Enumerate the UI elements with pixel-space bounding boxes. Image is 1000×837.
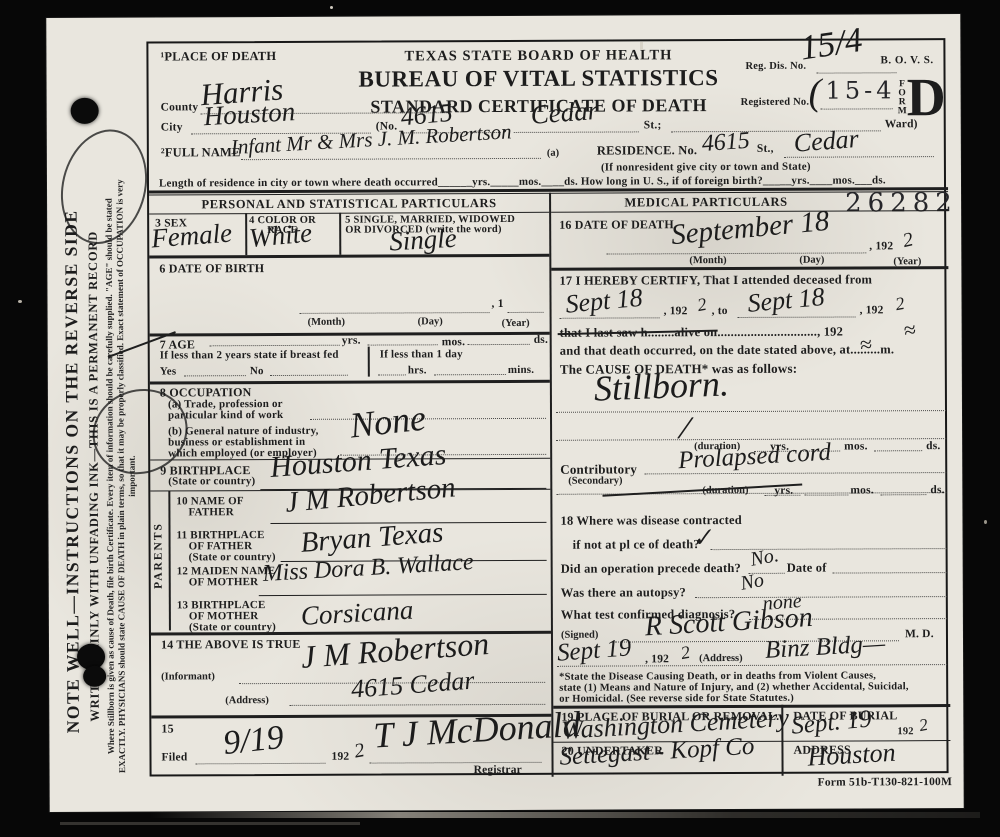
scan-streak-bottom-2 <box>60 822 360 825</box>
dod-year-value: 2 <box>901 228 916 253</box>
md-label: M. D. <box>905 628 934 640</box>
punch-hole-bottom-2 <box>83 666 106 687</box>
informant-address-value: 4615 Cedar <box>350 666 475 705</box>
age-breastfed-label: If less than 2 years state if breast fed <box>160 349 339 362</box>
age-hrs-line <box>378 374 406 375</box>
margin-note-stillborn: Where Stillborn is given as cause of Dea… <box>103 176 139 776</box>
occupation-value: None <box>348 397 428 447</box>
burial-date-value: Sept. 19 <box>790 705 873 740</box>
color-marital-divider <box>339 213 341 255</box>
autopsy-line <box>695 596 947 598</box>
parents-label: PARENTS <box>152 500 164 610</box>
scan-streak-bottom <box>150 812 980 818</box>
registrar-label: Registrar <box>474 764 522 776</box>
full-name-line <box>241 158 541 160</box>
occupation-a-line <box>310 418 546 420</box>
dod-day-label: (Day) <box>799 255 824 266</box>
to-year-printed: , 192 <box>860 304 884 316</box>
signed-address-label: (Address) <box>699 653 743 664</box>
punch-hole-top <box>71 98 99 124</box>
dod-label: 16 DATE OF DEATH <box>559 217 674 233</box>
contracted-check: ✓ <box>690 522 714 554</box>
age-yes-line <box>184 375 246 376</box>
contracted-sub-label: if not at pl ce of death? <box>573 537 700 553</box>
scan-speck-1 <box>330 6 333 9</box>
dob-year-label: (Year) <box>502 318 530 329</box>
personal-section-title: PERSONAL AND STATISTICAL PARTICULARS <box>149 196 549 213</box>
above-true-label: 14 THE ABOVE IS TRUE <box>161 637 301 653</box>
birthplace-sub: (State or country) <box>168 475 255 487</box>
duration1-ds: ds. <box>926 440 940 452</box>
signed-year-value: 2 <box>679 642 692 664</box>
item15-label: 15 <box>161 721 173 736</box>
dob-year-line <box>508 312 544 313</box>
from-year-printed: , 192 <box>664 305 688 317</box>
duration2-mos: mos. <box>850 484 874 496</box>
duration1-ds-line <box>874 450 922 451</box>
dob-month-label: (Month) <box>308 317 345 328</box>
attended-to-value: Sept 18 <box>746 282 826 319</box>
death-occurred-line: and that death occurred, on the date sta… <box>560 342 894 358</box>
age-mos-label: mos. <box>442 336 466 348</box>
age-mins-label: mins. <box>508 364 534 376</box>
sex-color-divider <box>245 213 247 255</box>
registrar-signature: T J McDonald <box>372 703 581 757</box>
medical-column: MEDICAL PARTICULARS 26282 16 DATE OF DEA… <box>550 40 950 777</box>
signed-date-line <box>557 664 947 667</box>
age-mos-line <box>368 344 438 345</box>
dod-month-label: (Month) <box>689 255 726 266</box>
operation-value: No. <box>749 544 781 572</box>
undertaker-address-value: Houston <box>807 738 897 773</box>
file-number-stamp: 26282 <box>845 188 958 218</box>
dod-line <box>606 252 866 254</box>
duration2-yrs: yrs. <box>774 485 793 497</box>
contributory-line <box>644 472 946 474</box>
sex-row-bottom <box>149 254 549 258</box>
from-year-value: 2 <box>696 294 709 316</box>
filed-label: Filed <box>161 751 187 763</box>
informant-address-line <box>289 704 545 706</box>
age-mins-line <box>434 374 506 375</box>
age-yrs-line <box>210 345 340 347</box>
attended-to-line <box>738 316 856 318</box>
age-ds-label: ds. <box>534 334 548 346</box>
to-year-value: 2 <box>894 293 907 315</box>
contributory-sub-label: (Secondary) <box>568 475 622 486</box>
contracted-label: 18 Where was disease contracted <box>560 513 741 529</box>
cause-value: Stillborn. <box>593 362 730 409</box>
informant-label: (Informant) <box>161 671 215 682</box>
dob-line <box>300 312 490 314</box>
scan-speck-4 <box>984 520 987 524</box>
age-no-line <box>270 375 348 376</box>
full-name-label: ²FULL NAME <box>161 145 241 160</box>
operation-date-label: Date of <box>787 561 827 576</box>
age-no-label: No <box>250 365 264 377</box>
duration1-mos: mos. <box>844 440 868 452</box>
form-number: Form 51b-T130-821-100M <box>818 776 952 789</box>
dob-year-prefix: , 1 <box>491 298 503 310</box>
duration2-ds-line <box>880 494 926 495</box>
duration2-ds: ds. <box>930 484 944 496</box>
age-ds-line <box>468 344 530 345</box>
margin-note-reverse-side: NOTE WELL—INSTRUCTIONS ON THE REVERSE SI… <box>60 151 84 791</box>
age-bottom <box>150 380 550 384</box>
signed-year-printed: , 192 <box>645 653 669 665</box>
filed-year-printed: 192 <box>331 751 349 763</box>
dob-day-label: (Day) <box>418 316 443 327</box>
burial-year-value: 2 <box>918 715 930 736</box>
filed-line <box>196 763 326 765</box>
age-yrs-label: yrs. <box>342 335 361 347</box>
scan-speck-3 <box>18 300 22 303</box>
age-lessday-label: If less than 1 day <box>380 348 463 360</box>
marital-value: Single <box>388 223 457 258</box>
mother-name-value: Miss Dora B. Wallace <box>262 549 474 588</box>
autopsy-value: No <box>739 569 766 596</box>
cause-line-2 <box>556 438 946 441</box>
informant-address-label: (Address) <box>225 695 269 706</box>
father-name-label-2: FATHER <box>188 506 233 518</box>
city-value: Houston <box>203 96 296 132</box>
parents-divider <box>168 490 170 630</box>
to-label: , to <box>712 305 728 317</box>
signed-address-value: Binz Bldg— <box>764 630 886 665</box>
certificate-scan-paper: NOTE WELL—INSTRUCTIONS ON THE REVERSE SI… <box>46 14 963 812</box>
filed-year-value: 2 <box>352 739 366 763</box>
last-saw-scribble: ≈ <box>902 317 918 344</box>
place-of-death-label: ¹PLACE OF DEATH <box>160 49 276 65</box>
dob-label: 6 DATE OF BIRTH <box>159 261 264 276</box>
operation-label: Did an operation precede death? <box>561 561 741 577</box>
city-label: City <box>161 121 183 133</box>
attended-from-value: Sept 18 <box>564 283 644 320</box>
age-yes-label: Yes <box>160 365 177 377</box>
autopsy-label: Was there an autopsy? <box>561 585 686 601</box>
signed-date-value: Sept 19 <box>556 634 632 667</box>
death-occurred-scribble: ≈ <box>858 331 873 358</box>
duration2-mos-line <box>804 495 848 496</box>
footnote-3: or Homicidal. (See reverse side for Stat… <box>559 693 794 705</box>
color-value: White <box>248 217 314 254</box>
attended-from-line <box>560 317 660 318</box>
dod-year-printed: , 192 <box>869 240 893 252</box>
sex-value: Female <box>150 218 233 255</box>
cause-line-1 <box>556 410 946 413</box>
filed-date-value: 9/19 <box>221 719 285 763</box>
mother-bp-value: Corsicana <box>300 595 414 632</box>
dod-bottom <box>551 266 948 270</box>
age-cell-divider <box>368 347 370 377</box>
mother-name-label-2: OF MOTHER <box>189 576 259 588</box>
contracted-line <box>711 548 947 550</box>
age-hrs-label: hrs. <box>408 364 427 376</box>
duration-slash-mark: / <box>678 409 692 448</box>
county-label: County <box>161 101 199 113</box>
certificate-body: ¹PLACE OF DEATH TEXAS STATE BOARD OF HEA… <box>146 38 948 776</box>
duration-label-2: (duration) <box>702 485 748 496</box>
footnote-2: state (1) Means and Nature of Injury, an… <box>559 681 908 694</box>
operation-date-line <box>833 572 947 573</box>
burial-year-printed: 192 <box>897 726 913 737</box>
